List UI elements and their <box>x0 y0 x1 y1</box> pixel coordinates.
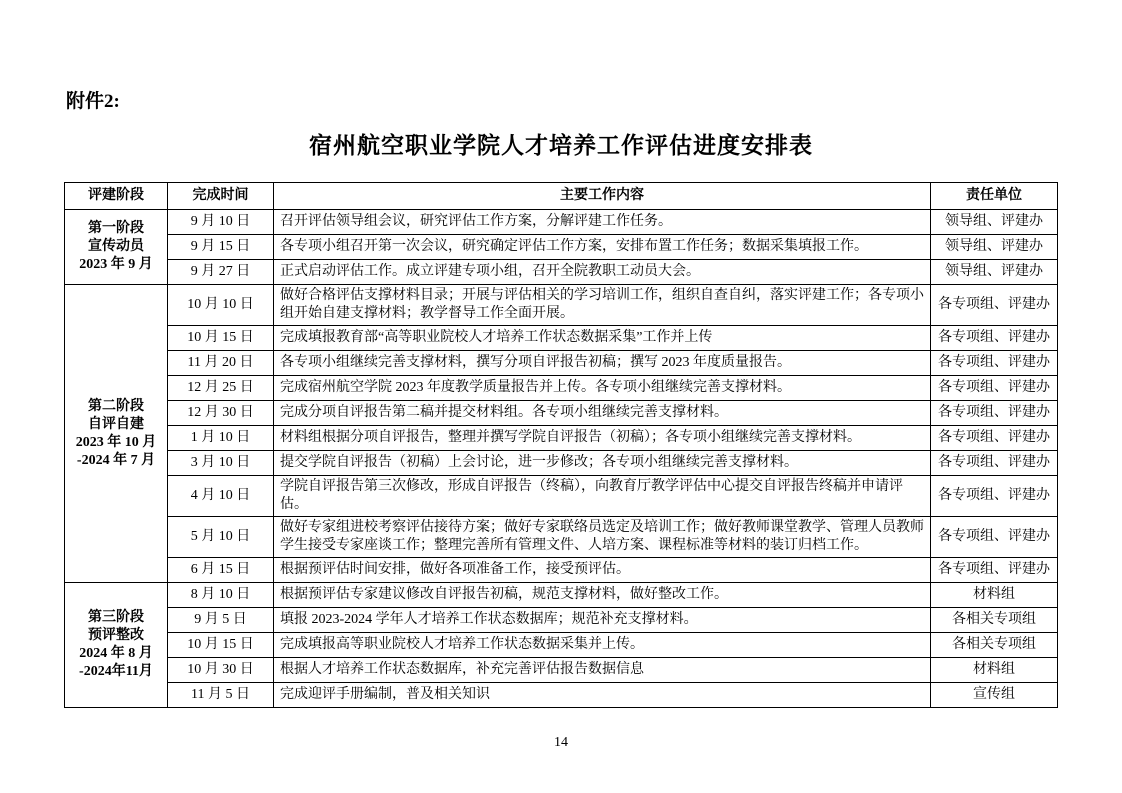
time-cell: 12 月 25 日 <box>168 376 274 401</box>
table-row: 10 月 30 日 根据人才培养工作状态数据库，补充完善评估报告数据信息 材料组 <box>65 658 1058 683</box>
table-row: 11 月 20 日 各专项小组继续完善支撑材料，撰写分项自评报告初稿；撰写 20… <box>65 351 1058 376</box>
table-row: 12 月 30 日 完成分项自评报告第二稿并提交材料组。各专项小组继续完善支撑材… <box>65 401 1058 426</box>
content-cell: 各专项小组继续完善支撑材料，撰写分项自评报告初稿；撰写 2023 年度质量报告。 <box>274 351 931 376</box>
content-cell: 各专项小组召开第一次会议，研究确定评估工作方案，安排布置工作任务；数据采集填报工… <box>274 235 931 260</box>
column-header-content: 主要工作内容 <box>274 183 931 210</box>
unit-cell: 各专项组、评建办 <box>931 376 1058 401</box>
table-row: 9 月 27 日 正式启动评估工作。成立评建专项小组，召开全院教职工动员大会。 … <box>65 260 1058 285</box>
content-cell: 完成宿州航空学院 2023 年度教学质量报告并上传。各专项小组继续完善支撑材料。 <box>274 376 931 401</box>
content-cell: 根据预评估时间安排，做好各项准备工作，接受预评估。 <box>274 558 931 583</box>
unit-cell: 各相关专项组 <box>931 608 1058 633</box>
unit-cell: 宣传组 <box>931 683 1058 708</box>
content-cell: 提交学院自评报告（初稿）上会讨论，进一步修改；各专项小组继续完善支撑材料。 <box>274 451 931 476</box>
time-cell: 10 月 30 日 <box>168 658 274 683</box>
unit-cell: 各专项组、评建办 <box>931 285 1058 326</box>
time-cell: 10 月 15 日 <box>168 326 274 351</box>
table-row: 3 月 10 日 提交学院自评报告（初稿）上会讨论，进一步修改；各专项小组继续完… <box>65 451 1058 476</box>
table-row: 1 月 10 日 材料组根据分项自评报告，整理并撰写学院自评报告（初稿）；各专项… <box>65 426 1058 451</box>
table-row: 12 月 25 日 完成宿州航空学院 2023 年度教学质量报告并上传。各专项小… <box>65 376 1058 401</box>
time-cell: 12 月 30 日 <box>168 401 274 426</box>
page-number: 14 <box>0 735 1122 751</box>
unit-cell: 各相关专项组 <box>931 633 1058 658</box>
unit-cell: 各专项组、评建办 <box>931 517 1058 558</box>
time-cell: 3 月 10 日 <box>168 451 274 476</box>
content-cell: 材料组根据分项自评报告，整理并撰写学院自评报告（初稿）；各专项小组继续完善支撑材… <box>274 426 931 451</box>
unit-cell: 领导组、评建办 <box>931 235 1058 260</box>
table-row: 9 月 5 日 填报 2023-2024 学年人才培养工作状态数据库；规范补充支… <box>65 608 1058 633</box>
stage-cell-phase1: 第一阶段 宣传动员 2023 年 9 月 <box>65 210 168 285</box>
unit-cell: 领导组、评建办 <box>931 210 1058 235</box>
unit-cell: 各专项组、评建办 <box>931 451 1058 476</box>
unit-cell: 各专项组、评建办 <box>931 351 1058 376</box>
time-cell: 4 月 10 日 <box>168 476 274 517</box>
table-row: 第二阶段 自评自建 2023 年 10 月 -2024 年 7 月 10 月 1… <box>65 285 1058 326</box>
time-cell: 9 月 15 日 <box>168 235 274 260</box>
table-row: 5 月 10 日 做好专家组进校考察评估接待方案；做好专家联络员选定及培训工作；… <box>65 517 1058 558</box>
stage-cell-phase2: 第二阶段 自评自建 2023 年 10 月 -2024 年 7 月 <box>65 285 168 583</box>
time-cell: 6 月 15 日 <box>168 558 274 583</box>
table-row: 10 月 15 日 完成填报高等职业院校人才培养工作状态数据采集并上传。 各相关… <box>65 633 1058 658</box>
column-header-unit: 责任单位 <box>931 183 1058 210</box>
time-cell: 9 月 27 日 <box>168 260 274 285</box>
time-cell: 1 月 10 日 <box>168 426 274 451</box>
unit-cell: 材料组 <box>931 583 1058 608</box>
unit-cell: 各专项组、评建办 <box>931 476 1058 517</box>
time-cell: 9 月 10 日 <box>168 210 274 235</box>
schedule-table: 评建阶段 完成时间 主要工作内容 责任单位 第一阶段 宣传动员 2023 年 9… <box>64 182 1058 708</box>
page-title: 宿州航空职业学院人才培养工作评估进度安排表 <box>64 127 1058 160</box>
content-cell: 完成填报高等职业院校人才培养工作状态数据采集并上传。 <box>274 633 931 658</box>
time-cell: 11 月 5 日 <box>168 683 274 708</box>
table-row: 10 月 15 日 完成填报教育部“高等职业院校人才培养工作状态数据采集”工作并… <box>65 326 1058 351</box>
column-header-time: 完成时间 <box>168 183 274 210</box>
content-cell: 做好合格评估支撑材料目录；开展与评估相关的学习培训工作，组织自查自纠，落实评建工… <box>274 285 931 326</box>
time-cell: 9 月 5 日 <box>168 608 274 633</box>
attachment-label: 附件2: <box>66 86 1058 113</box>
table-row: 4 月 10 日 学院自评报告第三次修改，形成自评报告（终稿），向教育厅教学评估… <box>65 476 1058 517</box>
time-cell: 11 月 20 日 <box>168 351 274 376</box>
unit-cell: 各专项组、评建办 <box>931 426 1058 451</box>
time-cell: 5 月 10 日 <box>168 517 274 558</box>
content-cell: 根据预评估专家建议修改自评报告初稿，规范支撑材料，做好整改工作。 <box>274 583 931 608</box>
content-cell: 填报 2023-2024 学年人才培养工作状态数据库；规范补充支撑材料。 <box>274 608 931 633</box>
table-row: 9 月 15 日 各专项小组召开第一次会议，研究确定评估工作方案，安排布置工作任… <box>65 235 1058 260</box>
stage-cell-phase3: 第三阶段 预评整改 2024 年 8 月 -2024年11月 <box>65 583 168 708</box>
table-row: 6 月 15 日 根据预评估时间安排，做好各项准备工作，接受预评估。 各专项组、… <box>65 558 1058 583</box>
content-cell: 正式启动评估工作。成立评建专项小组，召开全院教职工动员大会。 <box>274 260 931 285</box>
content-cell: 完成填报教育部“高等职业院校人才培养工作状态数据采集”工作并上传 <box>274 326 931 351</box>
time-cell: 10 月 10 日 <box>168 285 274 326</box>
column-header-stage: 评建阶段 <box>65 183 168 210</box>
unit-cell: 各专项组、评建办 <box>931 558 1058 583</box>
unit-cell: 领导组、评建办 <box>931 260 1058 285</box>
content-cell: 根据人才培养工作状态数据库，补充完善评估报告数据信息 <box>274 658 931 683</box>
header-row: 评建阶段 完成时间 主要工作内容 责任单位 <box>65 183 1058 210</box>
content-cell: 完成分项自评报告第二稿并提交材料组。各专项小组继续完善支撑材料。 <box>274 401 931 426</box>
time-cell: 8 月 10 日 <box>168 583 274 608</box>
content-cell: 完成迎评手册编制，普及相关知识 <box>274 683 931 708</box>
content-cell: 学院自评报告第三次修改，形成自评报告（终稿），向教育厅教学评估中心提交自评报告终… <box>274 476 931 517</box>
unit-cell: 各专项组、评建办 <box>931 326 1058 351</box>
content-cell: 召开评估领导组会议，研究评估工作方案，分解评建工作任务。 <box>274 210 931 235</box>
table-row: 11 月 5 日 完成迎评手册编制，普及相关知识 宣传组 <box>65 683 1058 708</box>
unit-cell: 材料组 <box>931 658 1058 683</box>
document-page: 附件2: 宿州航空职业学院人才培养工作评估进度安排表 评建阶段 完成时间 主要工… <box>0 0 1122 793</box>
time-cell: 10 月 15 日 <box>168 633 274 658</box>
table-row: 第三阶段 预评整改 2024 年 8 月 -2024年11月 8 月 10 日 … <box>65 583 1058 608</box>
content-cell: 做好专家组进校考察评估接待方案；做好专家联络员选定及培训工作；做好教师课堂教学、… <box>274 517 931 558</box>
unit-cell: 各专项组、评建办 <box>931 401 1058 426</box>
table-row: 第一阶段 宣传动员 2023 年 9 月 9 月 10 日 召开评估领导组会议，… <box>65 210 1058 235</box>
